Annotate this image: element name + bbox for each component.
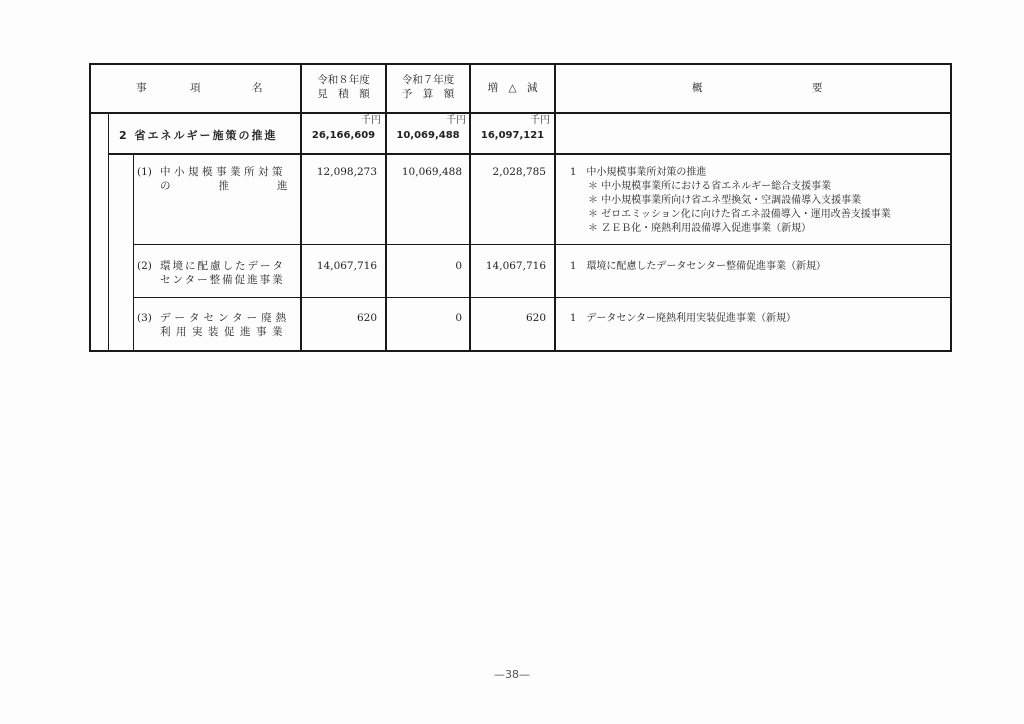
col-divider-diff	[554, 63, 556, 352]
item-r8: 12,098,273	[302, 166, 377, 179]
item-diff: 2,028,785	[471, 166, 546, 179]
item-diff: 620	[471, 312, 546, 325]
item-name-line1: 環境に配慮したデータ	[160, 260, 285, 273]
row1-divider	[133, 244, 952, 245]
header-summary-1: 概	[692, 82, 703, 95]
item-name-line2: 利用実装促進事業	[160, 326, 288, 339]
item-r8: 14,067,716	[302, 260, 377, 273]
budget-table: 事 項 名 令和８年度 見 積 額 令和７年度 予 算 額 増 △ 減 概 要 …	[0, 0, 1024, 724]
row2-divider	[133, 297, 952, 298]
header-name-1: 事	[136, 82, 147, 95]
item-name-line2: の 推 進	[160, 180, 297, 193]
indent-line-2	[133, 154, 134, 351]
col-divider-r7	[469, 63, 471, 352]
item-number: (1)	[137, 166, 152, 179]
header-r7-line1: 令和７年度	[387, 74, 469, 87]
header-r8-line1: 令和８年度	[302, 74, 385, 87]
indent-line-1	[108, 113, 109, 351]
group-title: 2 省エネルギー施策の推進	[119, 129, 277, 142]
group-r7: 10,069,488	[387, 129, 469, 142]
item-name-line1: データセンター廃熱	[160, 312, 290, 325]
header-r7-line2: 予 算 額	[387, 88, 469, 101]
item-diff: 14,067,716	[471, 260, 546, 273]
group-divider	[109, 153, 952, 155]
col-divider-r8	[385, 63, 387, 352]
group-diff: 16,097,121	[471, 129, 554, 142]
item-r8: 620	[302, 312, 377, 325]
item-name-line2: センター整備促進事業	[160, 274, 285, 287]
header-name-2: 項	[190, 82, 201, 95]
summary-line: ＊ ＺＥＢ化・廃熱利用設備導入促進事業（新規）	[588, 222, 811, 235]
item-name-line1: 中小規模事業所対策	[160, 166, 286, 179]
item-number: (3)	[137, 312, 152, 325]
summary-line: 1 データセンター廃熱利用実装促進事業（新規）	[570, 312, 796, 325]
header-name-3: 名	[252, 82, 263, 95]
summary-line: 1 中小規模事業所対策の推進	[570, 166, 706, 179]
col-divider-name	[300, 63, 302, 352]
page-number: —38—	[462, 668, 562, 681]
item-r7: 10,069,488	[387, 166, 462, 179]
header-diff: 増 △ 減	[471, 82, 554, 95]
item-r7: 0	[387, 260, 462, 273]
summary-line: ＊ 中小規模事業所向け省エネ型換気・空調設備導入支援事業	[588, 194, 861, 207]
group-r8: 26,166,609	[302, 129, 385, 142]
item-r7: 0	[387, 312, 462, 325]
summary-line: ＊ 中小規模事業所における省エネルギー総合支援事業	[588, 180, 831, 193]
item-number: (2)	[137, 260, 152, 273]
unit-r8: 千円	[302, 114, 381, 127]
unit-diff: 千円	[471, 114, 550, 127]
summary-line: 1 環境に配慮したデータセンター整備促進事業（新規）	[570, 260, 826, 273]
header-summary-2: 要	[812, 82, 823, 95]
summary-line: ＊ ゼロエミッション化に向けた省エネ設備導入・運用改善支援事業	[588, 208, 891, 221]
unit-r7: 千円	[387, 114, 466, 127]
header-r8-line2: 見 積 額	[302, 88, 385, 101]
